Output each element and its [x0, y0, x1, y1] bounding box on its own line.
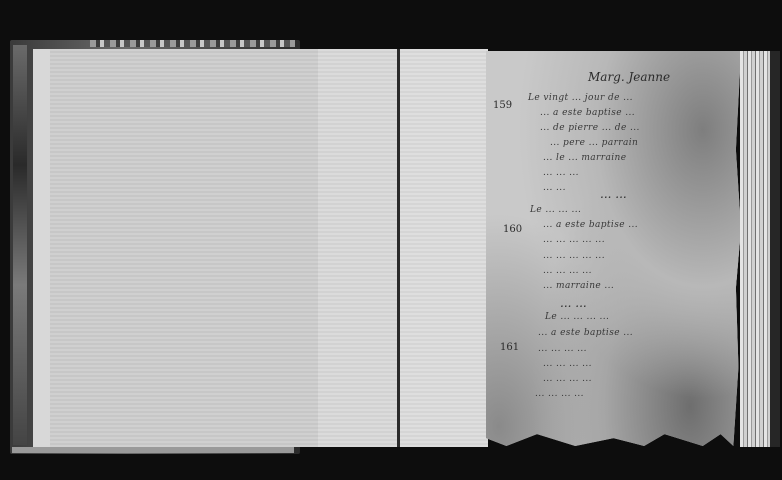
entry-heading: Marg. Jeanne: [588, 70, 670, 84]
cover-edge: [13, 45, 27, 445]
text-line: ... le ... marraine: [543, 153, 626, 163]
text-line: ... a este baptise ...: [540, 108, 635, 118]
text-line: ... pere ... parrain: [550, 138, 638, 148]
cover-bottom-edge: [12, 447, 294, 453]
text-line: ... ... ...: [543, 168, 579, 178]
margin-number: 160: [503, 224, 522, 235]
text-line: ... a este baptise ...: [543, 220, 638, 230]
page-stack-edge: [740, 51, 770, 447]
left-page-blank-area: [50, 49, 318, 447]
margin-number: 159: [493, 100, 512, 111]
text-line: ... ... ... ...: [543, 374, 592, 384]
text-line: Le ... ... ... ...: [545, 312, 609, 322]
text-line: ... ... ... ... ...: [543, 251, 605, 261]
left-page-margin: [318, 49, 397, 447]
text-line: ... ... ... ...: [543, 359, 592, 369]
text-line: Le vingt ... jour de ...: [528, 93, 633, 103]
text-line: ... ...: [543, 183, 566, 193]
text-line: Le ... ... ...: [530, 205, 581, 215]
book-back-edge: [770, 51, 780, 447]
text-line: ... a este baptise ...: [538, 328, 633, 338]
text-line: ... ... ... ... ...: [543, 235, 605, 245]
text-line: ... ... ... ...: [535, 389, 584, 399]
text-line: ... ... ... ...: [538, 344, 587, 354]
text-line: ... de pierre ... de ...: [540, 123, 640, 133]
cover-decorative-border: [90, 40, 295, 47]
margin-number: 161: [500, 342, 519, 353]
entry-heading: ... ...: [600, 187, 627, 201]
text-line: ... marraine ...: [543, 281, 614, 291]
entry-heading: ... ...: [560, 296, 587, 310]
text-line: ... ... ... ...: [543, 266, 592, 276]
right-page-blank-margin: [400, 49, 488, 447]
